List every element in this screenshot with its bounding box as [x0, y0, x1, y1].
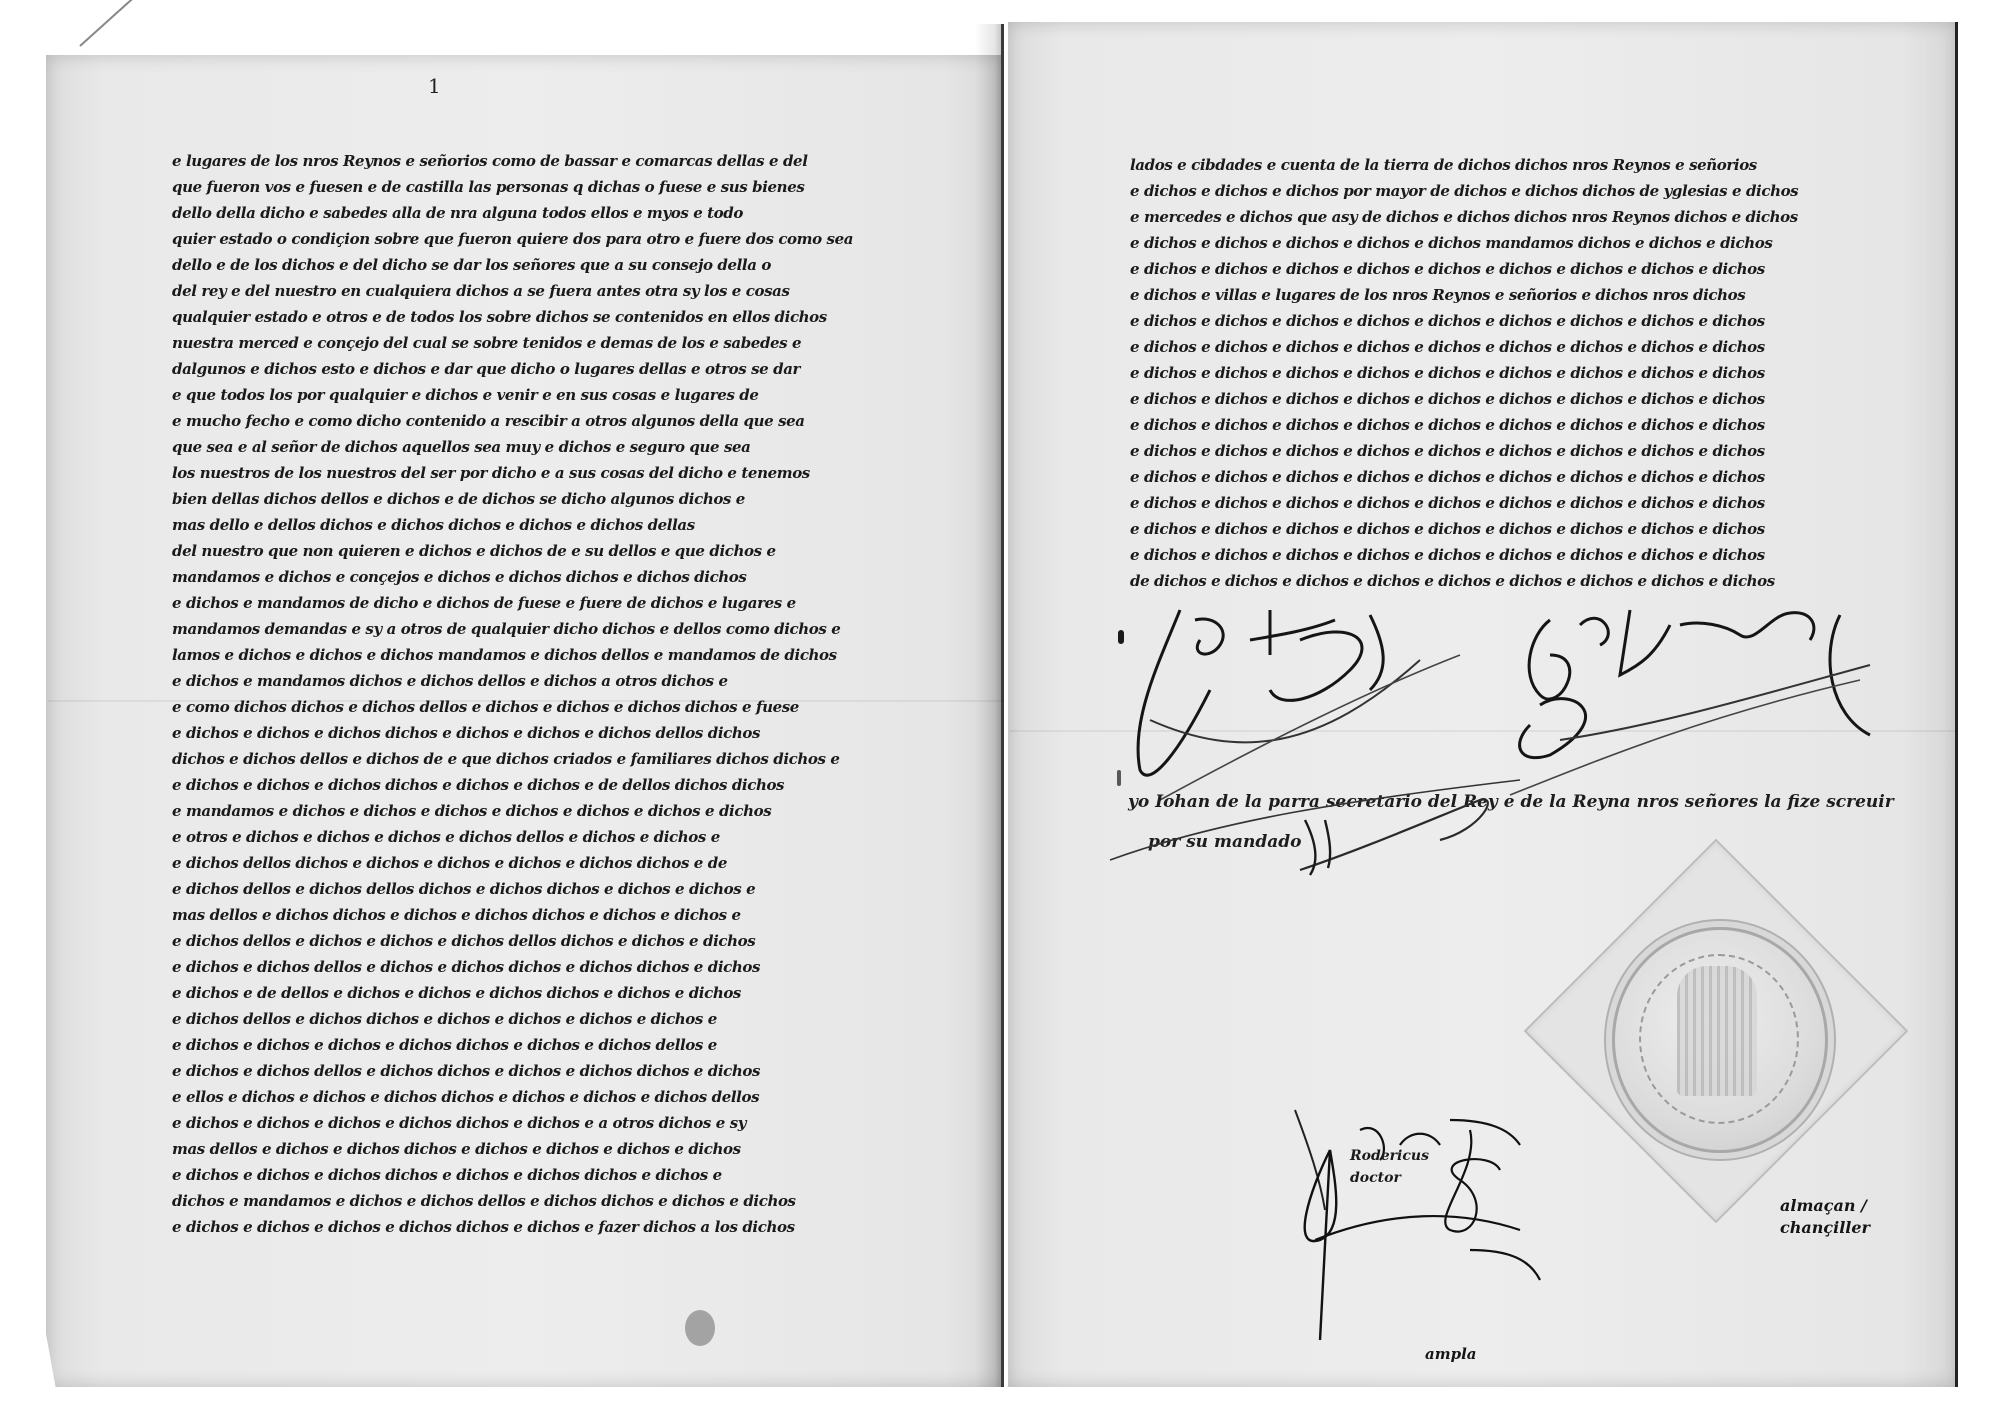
margin-ink-mark — [1118, 630, 1124, 644]
manuscript-line: lados e cibdades e cuenta de la tierra d… — [1130, 152, 1900, 178]
manuscript-line: e dichos dellos e dichos dellos dichos e… — [172, 876, 932, 902]
manuscript-line: dello e de los dichos e del dicho se dar… — [172, 252, 932, 278]
manuscript-line: e dichos e dichos e dichos e dichos e di… — [1130, 464, 1900, 490]
manuscript-line: de dichos e dichos e dichos e dichos e d… — [1130, 568, 1900, 594]
right-page-text: lados e cibdades e cuenta de la tierra d… — [1130, 152, 1900, 594]
manuscript-line: que sea e al señor de dichos aquellos se… — [172, 434, 932, 460]
manuscript-line: e dichos e dichos e dichos dichos e dich… — [172, 772, 932, 798]
manuscript-line: e dichos e dichos e dichos dichos e dich… — [172, 1162, 932, 1188]
manuscript-line: mas dellos e dichos dichos e dichos e di… — [172, 902, 932, 928]
folio-number: 1 — [428, 74, 441, 98]
manuscript-line: dichos e dichos dellos e dichos de e que… — [172, 746, 932, 772]
margin-ink-mark — [1117, 770, 1121, 786]
chancery-note-text: almaçan / chançiller — [1780, 1196, 1870, 1237]
manuscript-line: e dichos e villas e lugares de los nros … — [1130, 282, 1900, 308]
manuscript-line: e dichos e dichos dellos e dichos dichos… — [172, 1058, 932, 1084]
manuscript-line: del nuestro que non quieren e dichos e d… — [172, 538, 932, 564]
registered-signature: Rodericus doctor — [1290, 1090, 1550, 1354]
manuscript-line: e dichos e dichos e dichos e dichos e di… — [1130, 256, 1900, 282]
manuscript-line: e dichos dellos e dichos e dichos e dich… — [172, 928, 932, 954]
registro-mark: ampla — [1425, 1345, 1477, 1363]
manuscript-line: e dichos e dichos e dichos e dichos e di… — [1130, 516, 1900, 542]
manuscript-line: que fueron vos e fuesen e de castilla la… — [172, 174, 932, 200]
wax-seal — [1612, 927, 1828, 1153]
manuscript-line: e dichos e dichos e dichos dichos e dich… — [172, 720, 932, 746]
manuscript-line: e dichos e dichos e dichos por mayor de … — [1130, 178, 1900, 204]
manuscript-line: e ellos e dichos e dichos e dichos dicho… — [172, 1084, 932, 1110]
manuscript-line: e dichos e dichos e dichos e dichos e di… — [1130, 438, 1900, 464]
left-page-text: e lugares de los nros Reynos e señorios … — [172, 148, 932, 1240]
manuscript-line: e mercedes e dichos que asy de dichos e … — [1130, 204, 1900, 230]
manuscript-line: qualquier estado e otros e de todos los … — [172, 304, 932, 330]
manuscript-line: e dichos e dichos e dichos e dichos e di… — [1130, 412, 1900, 438]
manuscript-line: e dichos e dichos e dichos e dichos e di… — [1130, 308, 1900, 334]
manuscript-line: los nuestros de los nuestros del ser por… — [172, 460, 932, 486]
manuscript-line: dichos e mandamos e dichos e dichos dell… — [172, 1188, 932, 1214]
registered-signature-text: Rodericus doctor — [1350, 1145, 1430, 1189]
chancery-note: almaçan / chançiller — [1780, 1195, 1940, 1239]
manuscript-line: del rey e del nuestro en cualquiera dich… — [172, 278, 932, 304]
manuscript-line: mandamos e dichos e conçejos e dichos e … — [172, 564, 932, 590]
manuscript-line: e dichos e dichos e dichos e dichos e di… — [1130, 490, 1900, 516]
manuscript-line: mas dello e dellos dichos e dichos dicho… — [172, 512, 932, 538]
manuscript-line: e dichos e dichos e dichos e dichos dich… — [172, 1110, 932, 1136]
manuscript-line: e otros e dichos e dichos e dichos e dic… — [172, 824, 932, 850]
page-crack — [79, 0, 162, 47]
manuscript-line: e dichos e dichos e dichos e dichos e di… — [1130, 542, 1900, 568]
manuscript-line: dello della dicho e sabedes alla de nra … — [172, 200, 932, 226]
manuscript-line: e dichos e dichos e dichos e dichos e di… — [1130, 386, 1900, 412]
manuscript-line: dalgunos e dichos esto e dichos e dar qu… — [172, 356, 932, 382]
right-page-edge — [1955, 22, 1958, 1387]
seal-heraldic-figure — [1677, 966, 1757, 1096]
manuscript-spread: 1 e lugares de los nros Reynos e señorio… — [0, 0, 2000, 1411]
manuscript-line: lamos e dichos e dichos e dichos mandamo… — [172, 642, 932, 668]
manuscript-line: e lugares de los nros Reynos e señorios … — [172, 148, 932, 174]
manuscript-line: nuestra merced e conçejo del cual se sob… — [172, 330, 932, 356]
manuscript-line: e como dichos dichos e dichos dellos e d… — [172, 694, 932, 720]
manuscript-line: e dichos e dichos dellos e dichos e dich… — [172, 954, 932, 980]
manuscript-line: e dichos e dichos e dichos e dichos e di… — [1130, 334, 1900, 360]
manuscript-line: quier estado o condiçion sobre que fuero… — [172, 226, 932, 252]
manuscript-line: e dichos e dichos e dichos e dichos e di… — [1130, 360, 1900, 386]
manuscript-line: e dichos dellos dichos e dichos e dichos… — [172, 850, 932, 876]
horizontal-crease — [48, 700, 1003, 702]
manuscript-line: e que todos los por qualquier e dichos e… — [172, 382, 932, 408]
manuscript-line: e dichos e dichos e dichos e dichos dich… — [172, 1214, 932, 1240]
ink-stain — [685, 1310, 715, 1346]
manuscript-line: e mandamos e dichos e dichos e dichos e … — [172, 798, 932, 824]
manuscript-line: e mucho fecho e como dicho contenido a r… — [172, 408, 932, 434]
center-fold — [1001, 24, 1004, 1387]
fold-shadow — [975, 24, 1003, 1387]
manuscript-line: e dichos e dichos e dichos e dichos dich… — [172, 1032, 932, 1058]
manuscript-line: mandamos demandas e sy a otros de qualqu… — [172, 616, 932, 642]
manuscript-line: e dichos e mandamos de dicho e dichos de… — [172, 590, 932, 616]
manuscript-line: e dichos e de dellos e dichos e dichos e… — [172, 980, 932, 1006]
manuscript-line: e dichos dellos e dichos dichos e dichos… — [172, 1006, 932, 1032]
manuscript-line: e dichos e dichos e dichos e dichos e di… — [1130, 230, 1900, 256]
manuscript-line: mas dellos e dichos e dichos dichos e di… — [172, 1136, 932, 1162]
manuscript-line: bien dellas dichos dellos e dichos e de … — [172, 486, 932, 512]
manuscript-line: e dichos e mandamos dichos e dichos dell… — [172, 668, 932, 694]
